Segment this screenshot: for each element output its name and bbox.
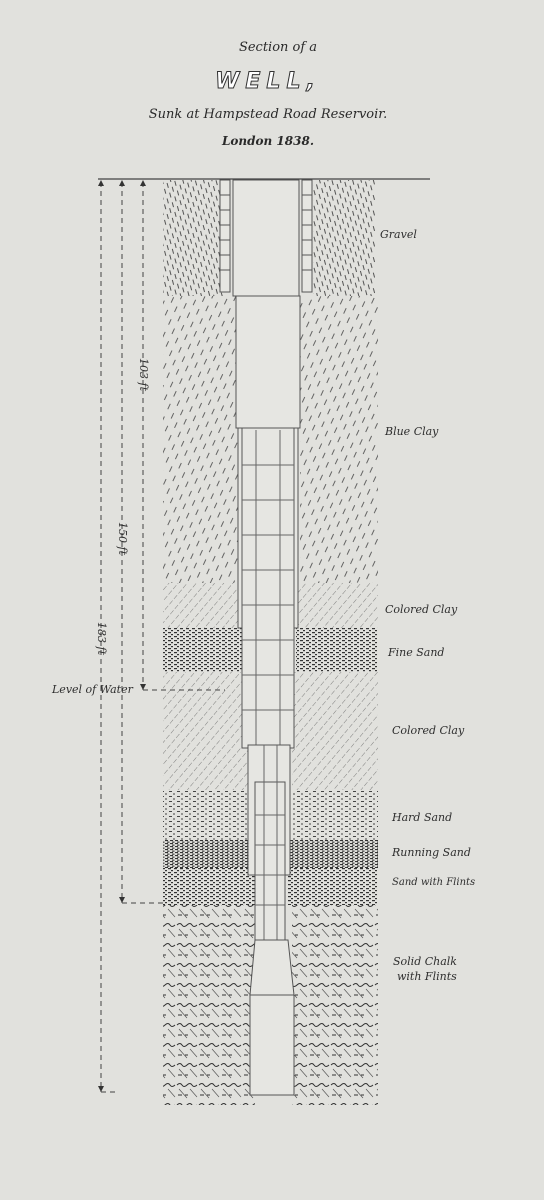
label-fine-sand: Fine Sand: [388, 646, 444, 659]
strata-right: [288, 180, 378, 1105]
label-solid-chalk: Solid Chalk: [393, 955, 457, 968]
dimension-150ft: 150 ft: [116, 522, 129, 555]
dimension-183ft: 183 ft: [95, 622, 108, 655]
label-sand-with-flints: Sand with Flints: [392, 877, 475, 888]
label-running-sand: Running Sand: [392, 846, 471, 859]
label-colored-clay-2: Colored Clay: [392, 724, 464, 737]
label-blue-clay: Blue Clay: [385, 425, 438, 438]
label-level-of-water: Level of Water: [52, 683, 133, 696]
well-section-diagram: [0, 0, 544, 1200]
label-hard-sand: Hard Sand: [392, 811, 452, 824]
label-gravel: Gravel: [380, 228, 417, 241]
label-colored-clay-1: Colored Clay: [385, 603, 457, 616]
dimension-103ft: 103 ft: [137, 358, 150, 391]
label-with-flints: with Flints: [397, 970, 457, 983]
